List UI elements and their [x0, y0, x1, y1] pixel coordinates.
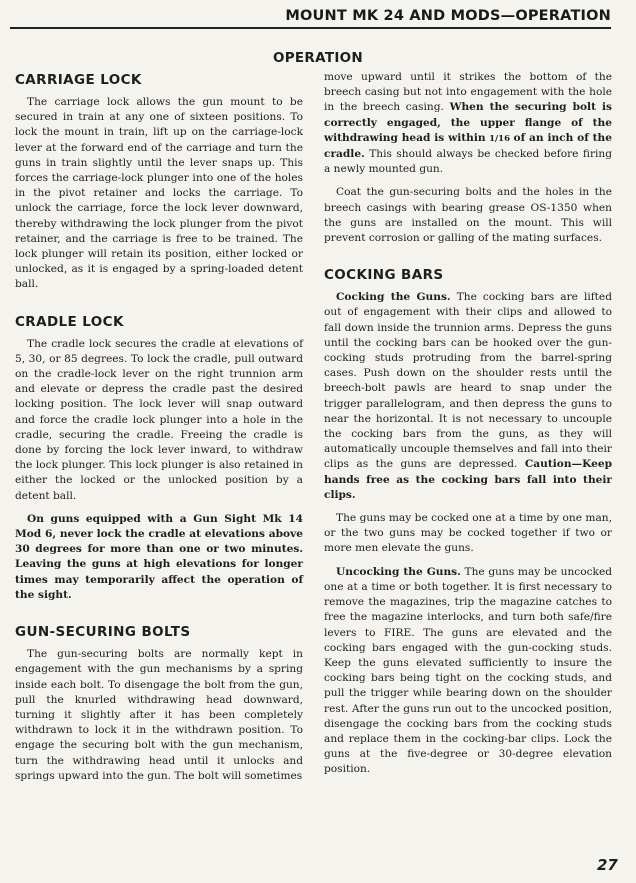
running-head: MOUNT MK 24 AND MODS—OPERATION [10, 8, 611, 29]
left-column: CARRIAGE LOCK The carriage lock allows t… [15, 72, 303, 784]
cocking-guns-text: The cocking bars are lifted out of engag… [324, 291, 612, 470]
fraction-sixteenth: 1/16 [489, 134, 510, 144]
cocking-together-paragraph: The guns may be cocked one at a time by … [324, 511, 612, 557]
cocking-guns-paragraph: Cocking the Guns. The cocking bars are l… [324, 290, 612, 503]
manual-page: MOUNT MK 24 AND MODS—OPERATION OPERATION… [0, 0, 636, 883]
grease-paragraph: Coat the gun-securing bolts and the hole… [324, 185, 612, 246]
heading-cocking-bars: COCKING BARS [324, 267, 612, 283]
carriage-lock-paragraph: The carriage lock allows the gun mount t… [15, 95, 303, 293]
page-number: 27 [597, 856, 618, 874]
gun-securing-bolts-paragraph: The gun-securing bolts are normally kept… [15, 647, 303, 784]
cocking-guns-lead: Cocking the Guns. [336, 291, 451, 303]
cradle-lock-warning-text: On guns equipped with a Gun Sight Mk 14 … [15, 513, 303, 601]
uncocking-guns-lead: Uncocking the Guns. [336, 566, 461, 578]
cradle-lock-warning: On guns equipped with a Gun Sight Mk 14 … [15, 512, 303, 603]
uncocking-guns-text: The guns may be uncocked one at a time o… [324, 566, 612, 776]
uncocking-guns-paragraph: Uncocking the Guns. The guns may be unco… [324, 565, 612, 778]
section-title: OPERATION [0, 50, 636, 66]
heading-carriage-lock: CARRIAGE LOCK [15, 72, 303, 88]
cradle-lock-paragraph: The cradle lock secures the cradle at el… [15, 337, 303, 504]
right-column: move upward until it strikes the bottom … [324, 70, 612, 778]
heading-gun-securing-bolts: GUN-SECURING BOLTS [15, 624, 303, 640]
heading-cradle-lock: CRADLE LOCK [15, 314, 303, 330]
gun-securing-bolts-continued: move upward until it strikes the bottom … [324, 70, 612, 177]
check-before-firing-text: This should always be checked before fir… [324, 148, 612, 175]
